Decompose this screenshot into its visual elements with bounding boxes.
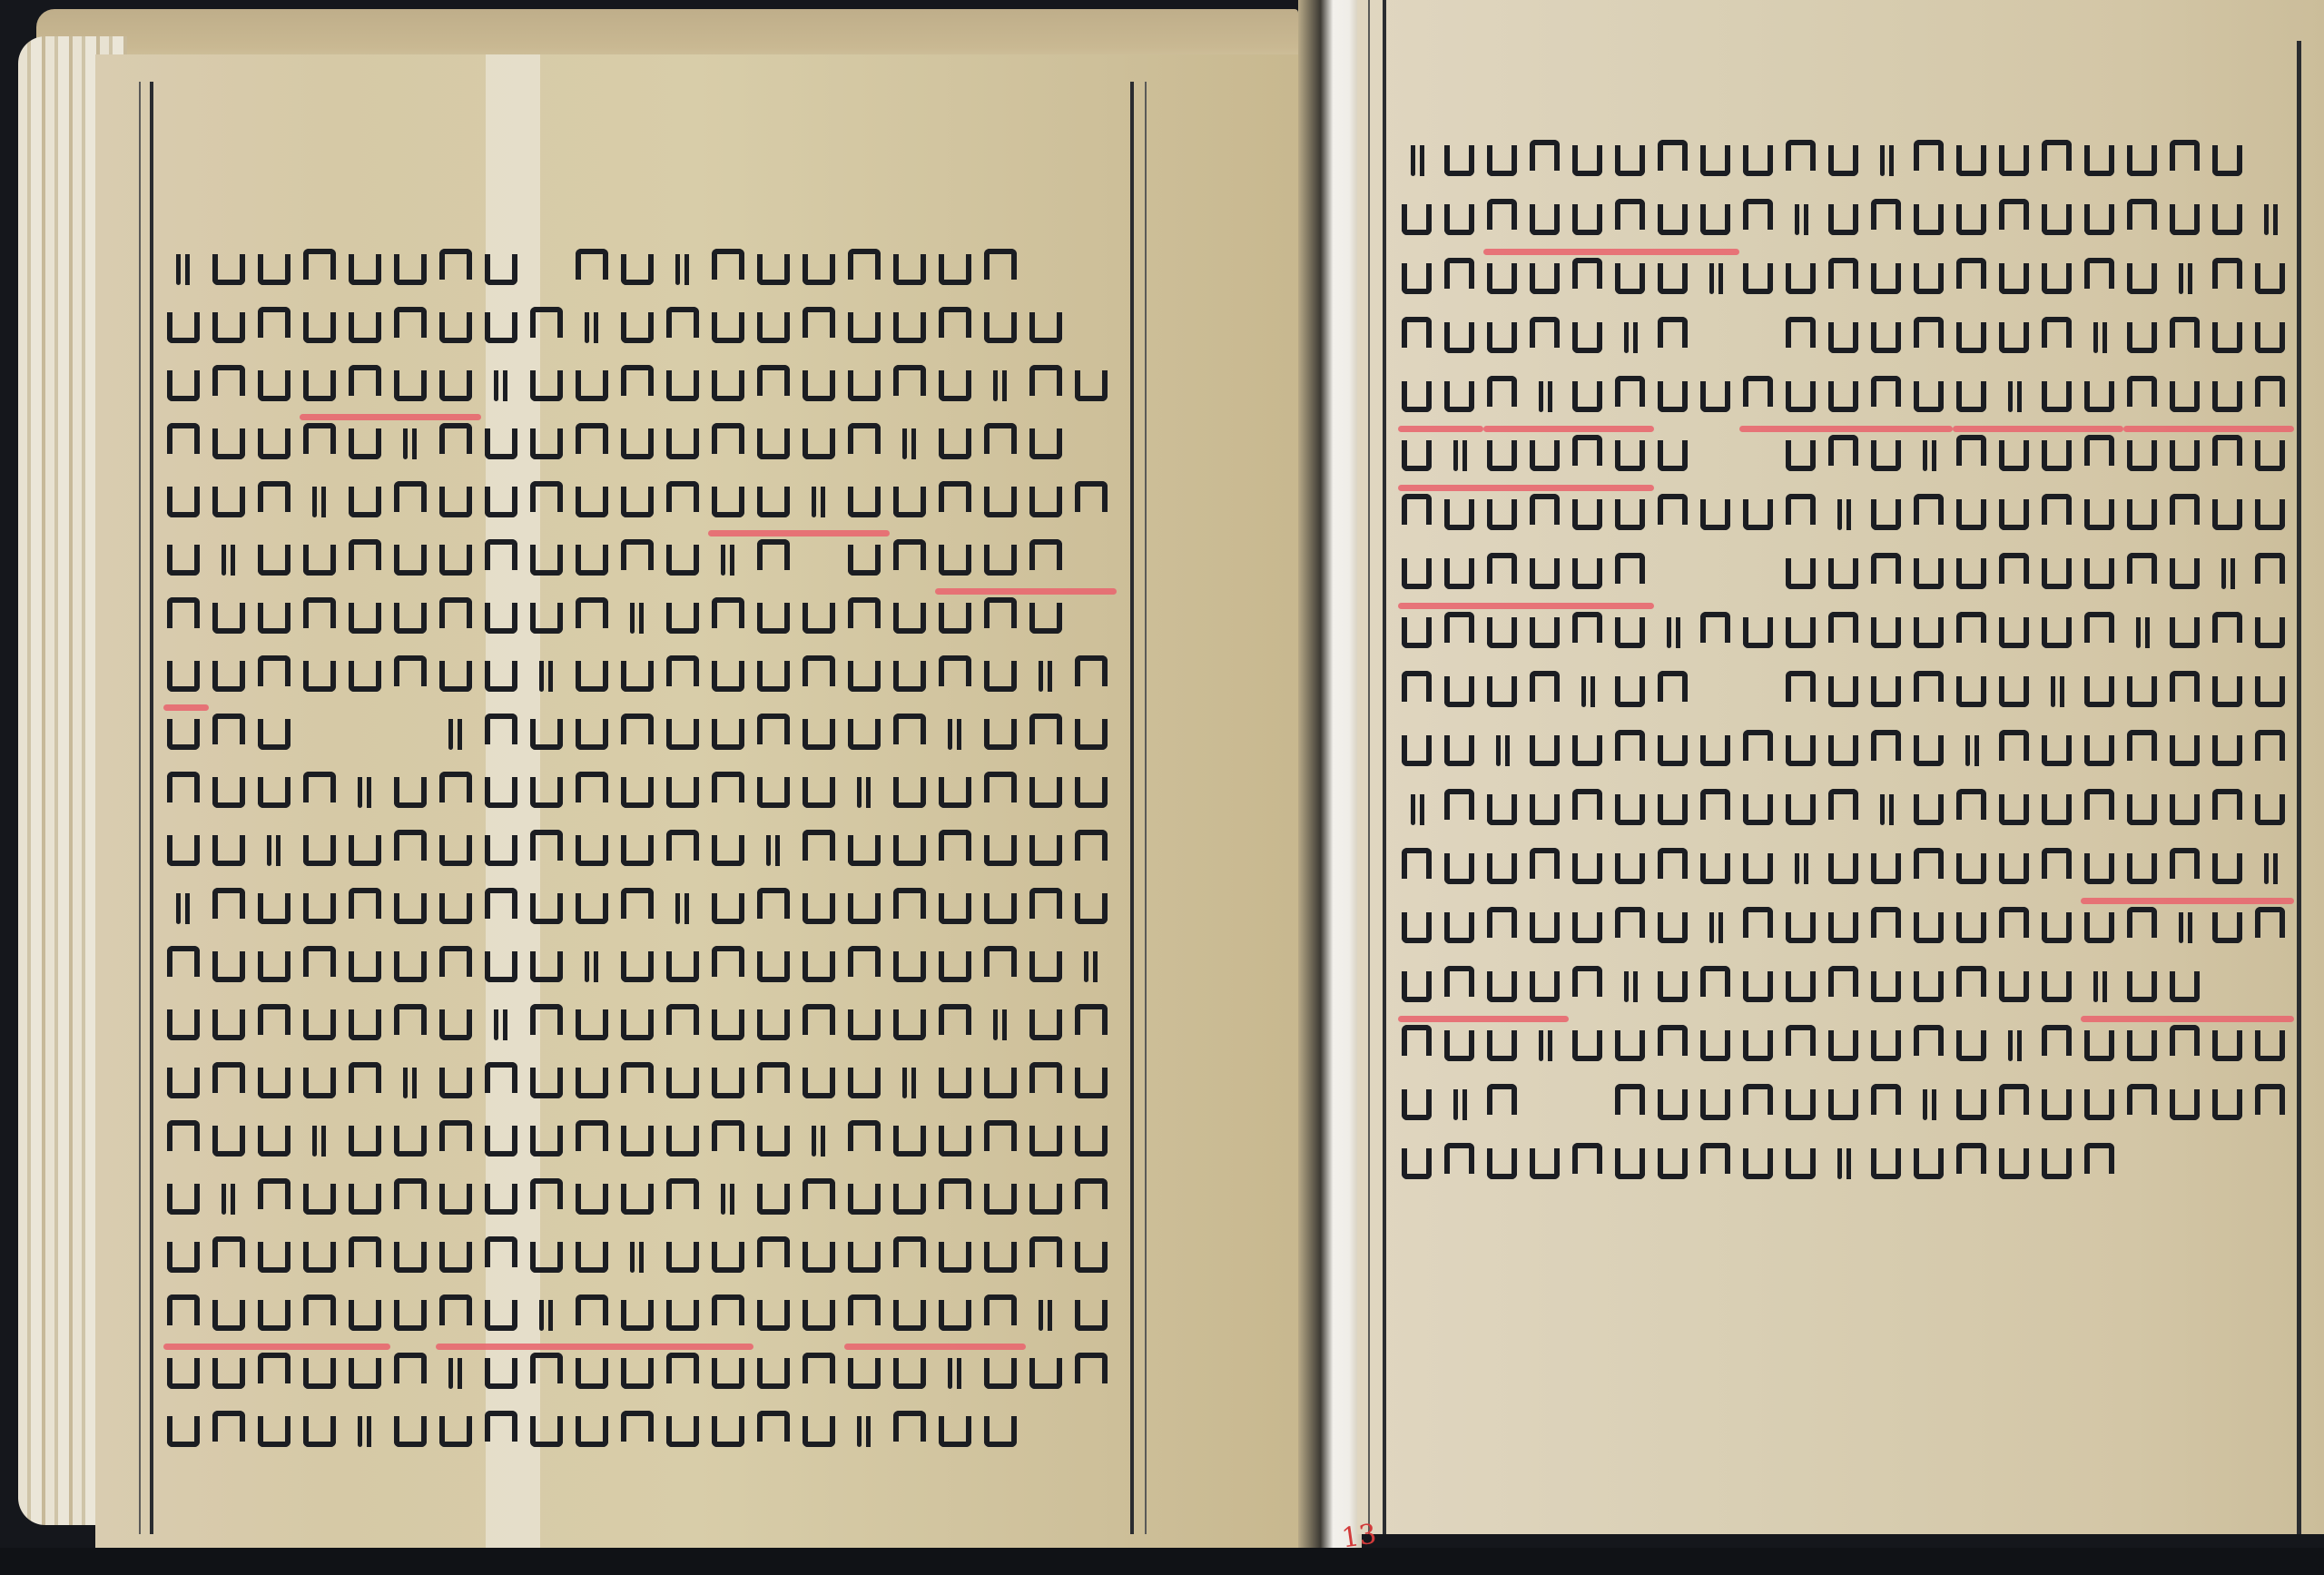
script-glyph xyxy=(844,1182,884,1216)
script-glyph xyxy=(844,252,884,287)
script-glyph xyxy=(935,1240,975,1275)
script-glyph xyxy=(1483,674,1521,709)
script-glyph xyxy=(572,775,612,810)
script-glyph xyxy=(2038,733,2075,768)
script-glyph xyxy=(799,775,839,810)
script-glyph xyxy=(481,891,521,926)
script-glyph xyxy=(1953,202,1990,237)
script-glyph xyxy=(1569,261,1606,296)
script-glyph xyxy=(209,543,249,577)
script-glyph xyxy=(1526,379,1563,414)
script-glyph xyxy=(300,601,340,635)
script-glyph xyxy=(436,1182,476,1216)
script-glyph xyxy=(2081,733,2118,768)
script-glyph xyxy=(1910,1088,1947,1122)
script-glyph xyxy=(527,485,566,519)
script-glyph xyxy=(617,775,657,810)
script-glyph xyxy=(663,1356,703,1391)
script-glyph xyxy=(254,1008,294,1042)
script-glyph xyxy=(300,1182,340,1216)
script-glyph xyxy=(254,1066,294,1100)
script-glyph xyxy=(1441,261,1478,296)
script-glyph xyxy=(2251,261,2289,296)
script-glyph xyxy=(1483,379,1521,414)
script-glyph xyxy=(1910,674,1947,709)
script-glyph xyxy=(2209,320,2246,355)
script-glyph xyxy=(209,833,249,868)
script-line xyxy=(163,536,1071,577)
script-glyph xyxy=(436,369,476,403)
script-glyph xyxy=(572,1124,612,1158)
script-glyph xyxy=(1483,1088,1521,1122)
script-glyph xyxy=(663,252,703,287)
script-glyph xyxy=(390,891,430,926)
script-glyph xyxy=(527,717,566,752)
script-glyph xyxy=(163,310,203,345)
script-glyph xyxy=(617,1298,657,1333)
script-line xyxy=(163,1233,1117,1275)
script-glyph xyxy=(844,485,884,519)
script-glyph xyxy=(1910,143,1947,178)
script-line xyxy=(1398,785,2294,827)
script-glyph xyxy=(1398,497,1435,532)
script-glyph xyxy=(1995,911,2033,945)
script-glyph xyxy=(2123,320,2161,355)
script-glyph xyxy=(572,1182,612,1216)
script-glyph xyxy=(1569,674,1606,709)
script-glyph xyxy=(1441,792,1478,827)
script-glyph xyxy=(254,369,294,403)
script-glyph xyxy=(1654,320,1691,355)
script-glyph xyxy=(572,601,612,635)
script-glyph xyxy=(390,950,430,984)
script-line xyxy=(1398,903,2294,945)
script-line xyxy=(163,826,1117,868)
script-glyph xyxy=(300,1240,340,1275)
script-glyph xyxy=(1483,438,1521,473)
script-line xyxy=(163,1407,1026,1449)
script-glyph xyxy=(2123,911,2161,945)
script-glyph xyxy=(1910,497,1947,532)
script-glyph xyxy=(2251,320,2289,355)
script-glyph xyxy=(1953,911,1990,945)
script-glyph xyxy=(300,833,340,868)
script-glyph xyxy=(1611,497,1649,532)
script-glyph xyxy=(527,1240,566,1275)
script-glyph xyxy=(1867,497,1905,532)
script-glyph xyxy=(1910,911,1947,945)
script-glyph xyxy=(1483,792,1521,827)
script-glyph xyxy=(1867,261,1905,296)
script-line xyxy=(163,884,1117,926)
script-glyph xyxy=(2038,556,2075,591)
script-glyph xyxy=(209,1066,249,1100)
script-glyph xyxy=(617,833,657,868)
script-glyph xyxy=(2038,1147,2075,1181)
script-glyph xyxy=(935,369,975,403)
script-glyph xyxy=(1611,1088,1649,1122)
script-glyph xyxy=(527,1124,566,1158)
script-glyph xyxy=(1611,261,1649,296)
script-glyph xyxy=(708,717,748,752)
script-glyph xyxy=(1867,733,1905,768)
script-glyph xyxy=(2038,674,2075,709)
script-glyph xyxy=(390,1124,430,1158)
script-glyph xyxy=(572,485,612,519)
script-glyph xyxy=(1782,851,1819,886)
script-glyph xyxy=(436,601,476,635)
script-glyph xyxy=(1953,851,1990,886)
script-glyph xyxy=(753,717,793,752)
script-glyph xyxy=(345,659,385,694)
script-glyph xyxy=(527,775,566,810)
script-glyph xyxy=(1782,970,1819,1004)
script-glyph xyxy=(1611,143,1649,178)
script-glyph xyxy=(1398,615,1435,650)
script-glyph xyxy=(572,1414,612,1449)
script-glyph xyxy=(1825,497,1862,532)
script-line xyxy=(1398,195,2294,237)
script-glyph xyxy=(1654,792,1691,827)
script-glyph xyxy=(1782,1088,1819,1122)
script-glyph xyxy=(1654,497,1691,532)
script-glyph xyxy=(1697,1147,1734,1181)
script-glyph xyxy=(1867,379,1905,414)
script-glyph xyxy=(935,543,975,577)
script-glyph xyxy=(254,252,294,287)
script-glyph xyxy=(163,601,203,635)
script-glyph xyxy=(1569,1147,1606,1181)
script-glyph xyxy=(1995,202,2033,237)
script-glyph xyxy=(1867,615,1905,650)
script-glyph xyxy=(753,1008,793,1042)
script-glyph xyxy=(345,891,385,926)
script-line xyxy=(163,1349,1117,1391)
script-line xyxy=(163,303,1071,345)
script-glyph xyxy=(1782,379,1819,414)
script-glyph xyxy=(980,1356,1020,1391)
script-glyph xyxy=(481,775,521,810)
script-glyph xyxy=(2166,1029,2203,1063)
script-glyph xyxy=(390,1182,430,1216)
script-glyph xyxy=(345,252,385,287)
script-glyph xyxy=(345,950,385,984)
script-glyph xyxy=(1697,1029,1734,1063)
script-glyph xyxy=(890,775,930,810)
script-glyph xyxy=(1697,733,1734,768)
script-glyph xyxy=(799,1298,839,1333)
script-glyph xyxy=(799,1414,839,1449)
script-glyph xyxy=(163,1066,203,1100)
script-glyph xyxy=(1398,1147,1435,1181)
script-glyph xyxy=(1697,379,1734,414)
script-glyph xyxy=(345,775,385,810)
script-glyph xyxy=(1441,556,1478,591)
script-glyph xyxy=(390,775,430,810)
script-glyph xyxy=(890,1414,930,1449)
script-glyph xyxy=(527,369,566,403)
script-glyph xyxy=(300,485,340,519)
script-glyph xyxy=(844,543,884,577)
script-glyph xyxy=(935,775,975,810)
script-glyph xyxy=(1026,601,1066,635)
script-glyph xyxy=(1867,202,1905,237)
script-glyph xyxy=(753,950,793,984)
right-margin-rule xyxy=(2297,41,2301,1534)
script-glyph xyxy=(1483,851,1521,886)
script-glyph xyxy=(890,1066,930,1100)
script-glyph xyxy=(753,1356,793,1391)
script-glyph xyxy=(1398,1029,1435,1063)
script-glyph xyxy=(300,1066,340,1100)
script-glyph xyxy=(1654,970,1691,1004)
script-glyph xyxy=(1026,1298,1066,1333)
script-glyph xyxy=(2209,733,2246,768)
script-glyph xyxy=(254,1124,294,1158)
script-glyph xyxy=(2209,851,2246,886)
script-glyph xyxy=(345,1298,385,1333)
script-glyph xyxy=(1441,202,1478,237)
script-glyph xyxy=(890,717,930,752)
script-glyph xyxy=(572,1356,612,1391)
script-glyph xyxy=(935,1356,975,1391)
script-glyph xyxy=(708,1124,748,1158)
script-glyph xyxy=(2081,970,2118,1004)
script-line xyxy=(163,1117,1117,1158)
script-glyph xyxy=(1611,970,1649,1004)
script-glyph xyxy=(436,950,476,984)
script-glyph xyxy=(2038,202,2075,237)
script-glyph xyxy=(799,1356,839,1391)
script-glyph xyxy=(1995,320,2033,355)
script-glyph xyxy=(1611,674,1649,709)
script-glyph xyxy=(2123,615,2161,650)
script-glyph xyxy=(481,1008,521,1042)
script-glyph xyxy=(527,601,566,635)
script-glyph xyxy=(663,1008,703,1042)
script-glyph xyxy=(1910,970,1947,1004)
script-glyph xyxy=(1026,659,1066,694)
script-glyph xyxy=(572,833,612,868)
script-glyph xyxy=(1910,261,1947,296)
script-glyph xyxy=(2038,911,2075,945)
script-line xyxy=(163,652,1117,694)
script-glyph xyxy=(572,427,612,461)
script-glyph xyxy=(209,717,249,752)
script-glyph xyxy=(1782,320,1819,355)
script-glyph xyxy=(1953,320,1990,355)
script-glyph xyxy=(436,1414,476,1449)
script-glyph xyxy=(890,427,930,461)
script-glyph xyxy=(2209,615,2246,650)
script-glyph xyxy=(1995,615,2033,650)
script-glyph xyxy=(1526,320,1563,355)
script-glyph xyxy=(1697,792,1734,827)
script-glyph xyxy=(1995,379,2033,414)
script-glyph xyxy=(436,891,476,926)
script-glyph xyxy=(1654,143,1691,178)
script-glyph xyxy=(1071,485,1111,519)
script-glyph xyxy=(527,1356,566,1391)
script-glyph xyxy=(2123,261,2161,296)
script-glyph xyxy=(1071,1182,1111,1216)
script-glyph xyxy=(254,950,294,984)
script-glyph xyxy=(1654,261,1691,296)
script-glyph xyxy=(345,1008,385,1042)
script-glyph xyxy=(527,1298,566,1333)
script-glyph xyxy=(163,485,203,519)
script-glyph xyxy=(1071,369,1111,403)
script-glyph xyxy=(753,1066,793,1100)
script-glyph xyxy=(1739,970,1777,1004)
script-glyph xyxy=(935,1124,975,1158)
script-glyph xyxy=(300,369,340,403)
script-line xyxy=(163,1000,1117,1042)
script-glyph xyxy=(1867,792,1905,827)
script-line xyxy=(1398,1021,2294,1063)
script-glyph xyxy=(1398,674,1435,709)
script-glyph xyxy=(1825,970,1862,1004)
script-glyph xyxy=(708,369,748,403)
script-line xyxy=(1398,372,2294,414)
script-glyph xyxy=(2081,320,2118,355)
script-glyph xyxy=(2123,379,2161,414)
script-glyph xyxy=(1782,261,1819,296)
script-line xyxy=(163,594,1071,635)
script-glyph xyxy=(935,1008,975,1042)
script-glyph xyxy=(980,543,1020,577)
script-glyph xyxy=(1398,851,1435,886)
script-line xyxy=(163,710,1117,752)
script-glyph xyxy=(1867,851,1905,886)
script-glyph xyxy=(753,310,793,345)
script-glyph xyxy=(708,1356,748,1391)
script-glyph xyxy=(708,427,748,461)
script-glyph xyxy=(844,891,884,926)
script-glyph xyxy=(1825,674,1862,709)
script-glyph xyxy=(345,1182,385,1216)
script-glyph xyxy=(708,1182,748,1216)
script-line xyxy=(1398,1139,2123,1181)
script-glyph xyxy=(1739,261,1777,296)
script-glyph xyxy=(2209,379,2246,414)
script-glyph xyxy=(708,833,748,868)
script-glyph xyxy=(935,1414,975,1449)
script-glyph xyxy=(1697,970,1734,1004)
script-glyph xyxy=(708,543,748,577)
script-glyph xyxy=(1910,733,1947,768)
script-glyph xyxy=(1026,1356,1066,1391)
script-glyph xyxy=(1483,497,1521,532)
script-glyph xyxy=(1867,320,1905,355)
script-glyph xyxy=(753,1240,793,1275)
manuscript-photo: 13 xyxy=(0,0,2324,1575)
script-glyph xyxy=(2123,556,2161,591)
script-glyph xyxy=(799,601,839,635)
script-glyph xyxy=(753,659,793,694)
script-glyph xyxy=(617,427,657,461)
script-glyph xyxy=(527,1182,566,1216)
script-glyph xyxy=(1026,775,1066,810)
script-glyph xyxy=(1697,1088,1734,1122)
script-glyph xyxy=(844,369,884,403)
script-glyph xyxy=(980,891,1020,926)
script-glyph xyxy=(254,1414,294,1449)
script-glyph xyxy=(436,1066,476,1100)
script-glyph xyxy=(345,427,385,461)
script-glyph xyxy=(390,833,430,868)
script-glyph xyxy=(1611,1147,1649,1181)
script-glyph xyxy=(1398,792,1435,827)
script-glyph xyxy=(663,1066,703,1100)
script-glyph xyxy=(1441,970,1478,1004)
script-glyph xyxy=(1398,438,1435,473)
script-glyph xyxy=(1398,202,1435,237)
script-glyph xyxy=(163,252,203,287)
script-glyph xyxy=(300,775,340,810)
script-glyph xyxy=(663,1298,703,1333)
script-glyph xyxy=(1654,438,1691,473)
script-glyph xyxy=(1910,1029,1947,1063)
script-glyph xyxy=(708,659,748,694)
script-glyph xyxy=(1825,320,1862,355)
script-glyph xyxy=(617,1240,657,1275)
script-glyph xyxy=(2251,615,2289,650)
script-glyph xyxy=(844,659,884,694)
script-glyph xyxy=(2038,615,2075,650)
script-glyph xyxy=(799,1066,839,1100)
script-glyph xyxy=(2123,202,2161,237)
script-glyph xyxy=(2081,143,2118,178)
script-glyph xyxy=(1953,1088,1990,1122)
script-glyph xyxy=(163,427,203,461)
script-glyph xyxy=(1398,1088,1435,1122)
script-glyph xyxy=(163,833,203,868)
script-glyph xyxy=(1867,556,1905,591)
script-glyph xyxy=(1071,717,1111,752)
script-glyph xyxy=(436,1124,476,1158)
script-glyph xyxy=(2166,143,2203,178)
script-glyph xyxy=(2251,674,2289,709)
script-glyph xyxy=(390,601,430,635)
script-glyph xyxy=(935,427,975,461)
script-glyph xyxy=(2166,438,2203,473)
script-glyph xyxy=(617,310,657,345)
script-glyph xyxy=(1782,1147,1819,1181)
script-glyph xyxy=(1441,1088,1478,1122)
script-line xyxy=(163,942,1117,984)
script-glyph xyxy=(2123,1029,2161,1063)
script-glyph xyxy=(1910,202,1947,237)
script-glyph xyxy=(890,950,930,984)
script-glyph xyxy=(1569,911,1606,945)
script-glyph xyxy=(2081,1147,2118,1181)
script-glyph xyxy=(1953,615,1990,650)
script-glyph xyxy=(980,1182,1020,1216)
script-glyph xyxy=(527,950,566,984)
script-glyph xyxy=(1441,851,1478,886)
script-glyph xyxy=(254,543,294,577)
script-glyph xyxy=(1782,143,1819,178)
script-line xyxy=(163,419,1071,461)
script-glyph xyxy=(163,1008,203,1042)
script-glyph xyxy=(799,485,839,519)
script-glyph xyxy=(1441,674,1478,709)
script-glyph xyxy=(436,833,476,868)
script-glyph xyxy=(980,833,1020,868)
script-glyph xyxy=(663,1240,703,1275)
script-glyph xyxy=(436,1356,476,1391)
